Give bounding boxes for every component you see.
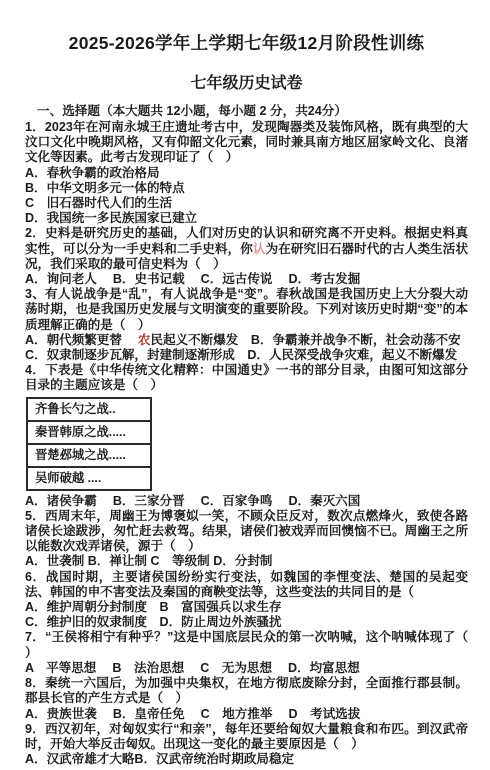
catalog-table-row: 吴师破越 .... <box>26 466 152 491</box>
catalog-table-row: 秦晋韩原之战..... <box>26 420 152 445</box>
exam-paper-page: 2025-2026学年上学期七年级12月阶段性训练 七年级历史试卷 一、选择题（… <box>0 0 490 770</box>
question-3-red-char: 农 <box>138 333 151 347</box>
question-2-options: A．询问老人 B．史书记载 C．远古传说 D．考古发掘 <box>25 272 468 287</box>
question-6: 6．战国时期，主要诸侯国纷纷实行变法，如魏国的李悝变法、楚国的吴起变法、韩国的申… <box>25 570 468 631</box>
question-1: 1．2023年在河南永城王庄遗址考古中，发现陶器类及装饰风格，既有典型的大汶口文… <box>25 120 468 226</box>
question-4-stem: 4．下表是《中华传统文化精粹：中国通史》一书的部分目录，由图可知这部分目录的主题… <box>25 363 468 393</box>
question-3: 3、有人说战争是“乱”，有人说战争是“变”。春秋战国是我国历史上大分裂大动荡时期… <box>25 287 468 363</box>
question-3-options-ab: A．朝代频繁更替 农民起义不断爆发 B．争霸兼并战争不断，社会动荡不安 <box>25 333 468 348</box>
catalog-table: 齐鲁长勺之战.. 秦晋韩原之战..... 晋楚邲城之战..... 吴师破越 ..… <box>26 397 152 491</box>
question-5-stem: 5．西周末年，周幽王为博褒姒一笑，不顾众臣反对，数次点燃烽火，致使各路诸侯长途跋… <box>25 509 468 555</box>
question-6-options-cd: C．维护旧的奴隶制度 D．防止周边外族骚扰 <box>25 615 468 630</box>
question-8: 8．秦统一六国后，为加强中央集权，在地方彻底废除分封，全面推行郡县制。郡县长官的… <box>25 676 468 722</box>
question-7-stem: 7．“王侯将相宁有种乎？”这是中国底层民众的第一次呐喊，这个呐喊体现了（ ） <box>25 630 468 660</box>
catalog-table-row: 晋楚邲城之战..... <box>26 443 152 468</box>
question-3-options-cd: C．奴隶制逐步瓦解，封建制逐渐形成 D．人民深受战争灾难，起义不断爆发 <box>25 348 468 363</box>
question-1-option-a: A．春秋争霸的政治格局 <box>25 166 468 181</box>
question-9-options: A．汉武帝雄才大略B．汉武帝统治时期政局稳定 <box>25 752 468 767</box>
catalog-table-row: 齐鲁长勺之战.. <box>26 397 152 422</box>
question-7-options: A 平等思想 B 法治思想 C 无为思想 D．均富思想 <box>25 661 468 676</box>
question-5-options: A．世袭制 B．禅让制 C 等级制 D．分封制 <box>25 554 468 569</box>
question-9-stem: 9．西汉初年，对匈奴实行“和亲”，每年还要给匈奴大量粮食和布匹。到汉武帝时，开始… <box>25 722 468 752</box>
question-9: 9．西汉初年，对匈奴实行“和亲”，每年还要给匈奴大量粮食和布匹。到汉武帝时，开始… <box>25 722 468 768</box>
question-2-stem: 2．史料是研究历史的基础，人们对历史的认识和研究离不开史料。根据史料真实性，可以… <box>25 226 468 272</box>
question-6-stem: 6．战国时期，主要诸侯国纷纷实行变法，如魏国的李悝变法、楚国的吴起变法、韩国的申… <box>25 570 468 600</box>
question-1-option-d: D．我国统一多民族国家已建立 <box>25 211 468 226</box>
question-7: 7．“王侯将相宁有种乎？”这是中国底层民众的第一次呐喊，这个呐喊体现了（ ） A… <box>25 630 468 676</box>
question-4: 4．下表是《中华传统文化精粹：中国通史》一书的部分目录，由图可知这部分目录的主题… <box>25 363 468 509</box>
question-8-stem: 8．秦统一六国后，为加强中央集权，在地方彻底废除分封，全面推行郡县制。郡县长官的… <box>25 676 468 706</box>
question-3-optab-post: 民起义不断爆发 B．争霸兼并战争不断，社会动荡不安 <box>150 333 460 347</box>
question-1-option-c: C 旧石器时代人们的生活 <box>25 196 468 211</box>
question-2-red-char: 认 <box>253 242 266 256</box>
question-1-option-b: B．中华文明多元一体的特点 <box>25 181 468 196</box>
question-1-stem: 1．2023年在河南永城王庄遗址考古中，发现陶器类及装饰风格，既有典型的大汶口文… <box>25 120 468 166</box>
question-3-stem: 3、有人说战争是“乱”，有人说战争是“变”。春秋战国是我国历史上大分裂大动荡时期… <box>25 287 468 333</box>
page-subtitle: 七年级历史试卷 <box>25 70 468 93</box>
question-3-optab-pre: A．朝代频繁更替 <box>25 333 138 347</box>
page-title: 2025-2026学年上学期七年级12月阶段性训练 <box>25 30 468 55</box>
section-header: 一、选择题（本大题共 12小题，每小题 2 分，共24分） <box>25 100 468 119</box>
question-4-options: A．诸侯争霸 B．三家分晋 C．百家争鸣 D．秦灭六国 <box>25 494 468 509</box>
question-5: 5．西周末年，周幽王为博褒姒一笑，不顾众臣反对，数次点燃烽火，致使各路诸侯长途跋… <box>25 509 468 570</box>
question-6-options-ab: A．维护周朝分封制度 B 富国强兵以求生存 <box>25 600 468 615</box>
question-2: 2．史料是研究历史的基础，人们对历史的认识和研究离不开史料。根据史料真实性，可以… <box>25 226 468 287</box>
question-8-options: A．贵族世袭 B．皇帝任免 C 地方推举 D 考试选拔 <box>25 707 468 722</box>
